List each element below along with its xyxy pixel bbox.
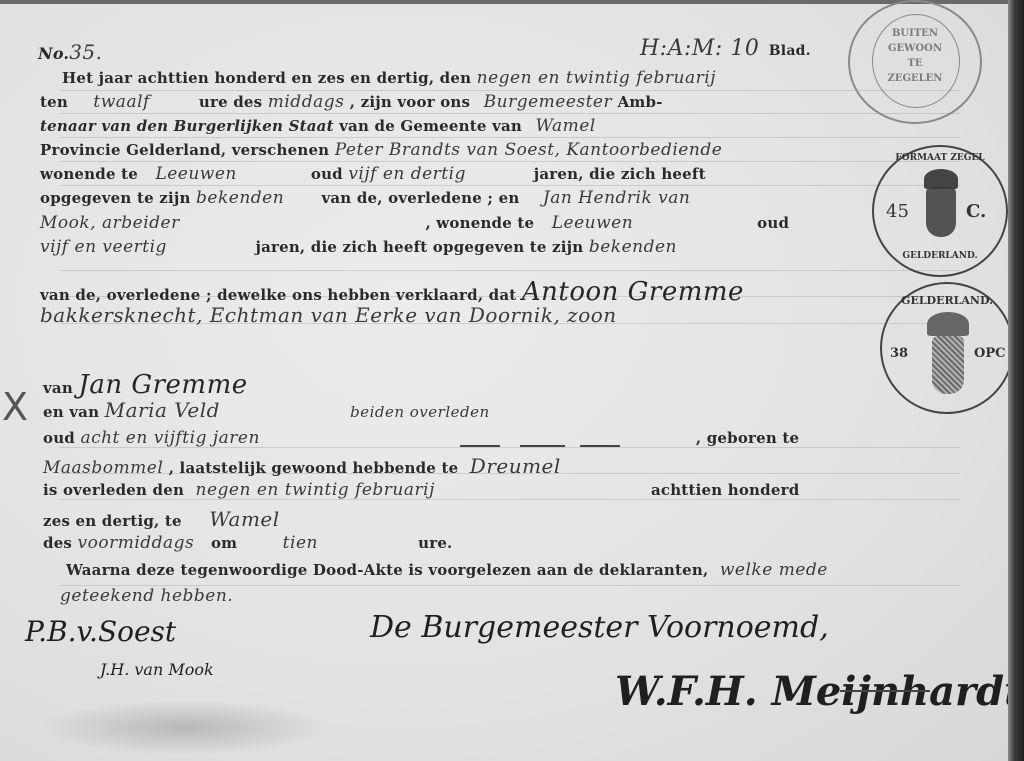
- text-line-14: Maasbommel , laatstelijk gewoond hebbend…: [43, 454, 561, 478]
- printed-text: ure.: [418, 534, 452, 552]
- printed-text: jaren, die zich heeft opgegeven te zijn: [255, 238, 583, 256]
- handwritten-residence: Leeuwen: [155, 164, 305, 184]
- printed-text: oud: [311, 165, 343, 183]
- text-line-10: bakkersknecht, Echtman van Eerke van Doo…: [40, 303, 617, 327]
- text-line-11: van Jan Gremme: [43, 370, 248, 400]
- text-line-5: wonende te Leeuwen oud vijf en dertig ja…: [40, 164, 706, 184]
- text-line-3: tenaar van den Burgerlijken Staat van de…: [40, 116, 596, 136]
- handwritten-relation: bekenden: [589, 237, 677, 257]
- printed-text: Het jaar achttien honderd en zes en dert…: [62, 69, 471, 87]
- text-line-4: Provincie Gelderland, verschenen Peter B…: [40, 140, 722, 160]
- coat-of-arms-icon: [932, 336, 964, 394]
- stamp-text: TE: [850, 56, 980, 71]
- printed-text: des: [43, 534, 72, 552]
- page-binding-edge: [1008, 0, 1024, 761]
- handwritten-last-residence: Dreumel: [470, 454, 561, 478]
- text-line-13: oud acht en vijftig jaren , geboren te: [43, 428, 799, 448]
- crown-icon: [927, 312, 969, 336]
- printed-text: , geboren te: [696, 429, 799, 447]
- printed-text: , zijn voor ons: [350, 93, 470, 111]
- printed-text: van de Gemeente van: [339, 117, 522, 135]
- crown-icon: [924, 169, 958, 189]
- handwritten-mother-name: Maria Veld: [105, 398, 345, 422]
- handwritten-hour: twaalf: [93, 92, 193, 112]
- printed-text: en van: [43, 403, 99, 421]
- handwritten-occupation: Mook, arbeider: [40, 213, 420, 233]
- printed-text: van de, overledene ; en: [321, 189, 519, 207]
- text-line-1: Het jaar achttien honderd en zes en dert…: [62, 68, 716, 88]
- mayor-title: De Burgemeester Voornoemd,: [370, 610, 829, 645]
- text-line-7: Mook, arbeider , wonende te Leeuwen oud: [40, 213, 789, 233]
- text-line-12: en van Maria Veld beiden overleden: [43, 398, 490, 422]
- printed-text: opgegeven te zijn: [40, 189, 191, 207]
- signature-declarant-2: J.H. van Mook: [100, 660, 214, 679]
- register-reference: H:A:M: 10 Blad.: [640, 36, 811, 61]
- printed-text: achttien honderd: [651, 481, 799, 499]
- printed-text: oud: [757, 214, 789, 232]
- number-value: 35.: [69, 40, 102, 64]
- printed-text: jaren, die zich heeft: [534, 165, 706, 183]
- handwritten-daypart: middags: [268, 92, 345, 112]
- handwritten-birthplace: Maasbommel: [43, 458, 163, 478]
- stamp-text: ZEGELEN: [850, 71, 980, 86]
- text-line-17: des voormiddags om tien ure.: [43, 533, 452, 553]
- printed-text: , wonende te: [425, 214, 534, 232]
- stamp-value: 45: [886, 201, 909, 222]
- reference-code: H:A:M: 10: [640, 36, 759, 61]
- text-line-18: Waarna deze tegenwoordige Dood-Akte is v…: [66, 560, 828, 580]
- number-label: No.: [38, 44, 69, 63]
- stamp-value: 38: [890, 346, 908, 361]
- stamp-unit: OPC: [974, 346, 1005, 361]
- stamp-text: BUITEN: [850, 26, 980, 41]
- printed-text: zes en dertig, te: [43, 512, 182, 530]
- handwritten-death-place: Wamel: [209, 507, 279, 531]
- printed-text: van: [43, 379, 73, 397]
- handwritten-residence: Leeuwen: [552, 213, 752, 233]
- printed-text: om: [211, 534, 237, 552]
- stamp-ring-text: GELDERLAND.: [874, 251, 1006, 261]
- handwritten-municipality: Wamel: [535, 116, 595, 136]
- printed-text: , laatstelijk gewoond hebbende te: [169, 459, 459, 477]
- handwritten-age: vijf en veertig: [40, 237, 250, 257]
- printed-text: ten: [40, 93, 68, 111]
- stamp-45c-gelderland: FORMAAT ZEGEL 45 C. GELDERLAND.: [872, 145, 1008, 277]
- handwritten-official: Burgemeester: [484, 92, 613, 112]
- handwritten-father-name: Jan Gremme: [78, 370, 247, 400]
- text-line-6: opgegeven te zijn bekenden van de, overl…: [40, 188, 690, 208]
- printed-text: tenaar van den Burgerlijken Staat: [40, 117, 334, 135]
- printed-text: van de, overledene ; dewelke ons hebben …: [40, 286, 516, 304]
- printed-text: is overleden den: [43, 481, 184, 499]
- handwritten-age: vijf en dertig: [348, 164, 528, 184]
- stamp-unit: C.: [966, 201, 986, 222]
- handwritten-daypart: voormiddags: [78, 533, 206, 553]
- handwritten-relation: bekenden: [196, 188, 316, 208]
- printed-text: Amb-: [618, 93, 663, 111]
- stamp-ring-text: GELDERLAND.: [882, 294, 1012, 307]
- text-line-2: ten twaalf ure des middags , zijn voor o…: [40, 92, 663, 112]
- signature-mayor: W.F.H. Meijnhardt: [615, 668, 1023, 715]
- page-top-edge: [0, 0, 1024, 4]
- handwritten-date: negen en twintig februarij: [477, 68, 716, 88]
- handwritten-hour: tien: [283, 533, 413, 553]
- stamp-gelderland-opc: GELDERLAND. 38 OPC: [880, 282, 1014, 414]
- ink-smudge: [40, 700, 330, 755]
- printed-text: oud: [43, 429, 75, 447]
- handwritten-closing: geteekend hebben.: [60, 586, 233, 606]
- text-line-19: geteekend hebben.: [60, 586, 233, 606]
- printed-text: ure des: [199, 93, 262, 111]
- handwritten-death-date: negen en twintig februarij: [196, 480, 646, 500]
- certificate-number: No.35.: [38, 40, 103, 64]
- signature-declarant-1: P.B.v.Soest: [25, 615, 176, 648]
- stamp-text: GEWOON: [850, 41, 980, 56]
- coat-of-arms-icon: [926, 187, 956, 237]
- text-line-8: vijf en veertig jaren, die zich heeft op…: [40, 237, 677, 257]
- blad-label: Blad.: [769, 43, 811, 59]
- printed-text: Waarna deze tegenwoordige Dood-Akte is v…: [66, 561, 708, 579]
- handwritten-declarant-2: Jan Hendrik van: [543, 188, 690, 208]
- margin-mark: X: [2, 385, 28, 429]
- printed-text: Provincie Gelderland, verschenen: [40, 141, 329, 159]
- handwritten-declarant-1: Peter Brandts van Soest, Kantoorbediende: [335, 140, 723, 160]
- handwritten-deceased-details: bakkersknecht, Echtman van Eerke van Doo…: [40, 303, 617, 327]
- handwritten-closing: welke mede: [720, 560, 828, 580]
- text-line-15: is overleden den negen en twintig februa…: [43, 480, 799, 500]
- handwritten-parents-note: beiden overleden: [350, 403, 490, 421]
- document-page: No.35. H:A:M: 10 Blad. Het jaar achttien…: [0, 0, 1010, 761]
- printed-text: wonende te: [40, 165, 138, 183]
- stamp-buiten-gewoon: BUITEN GEWOON TE ZEGELEN: [848, 0, 982, 124]
- stamp-ring-text: FORMAAT ZEGEL: [874, 153, 1006, 163]
- text-line-16: zes en dertig, te Wamel: [43, 507, 280, 531]
